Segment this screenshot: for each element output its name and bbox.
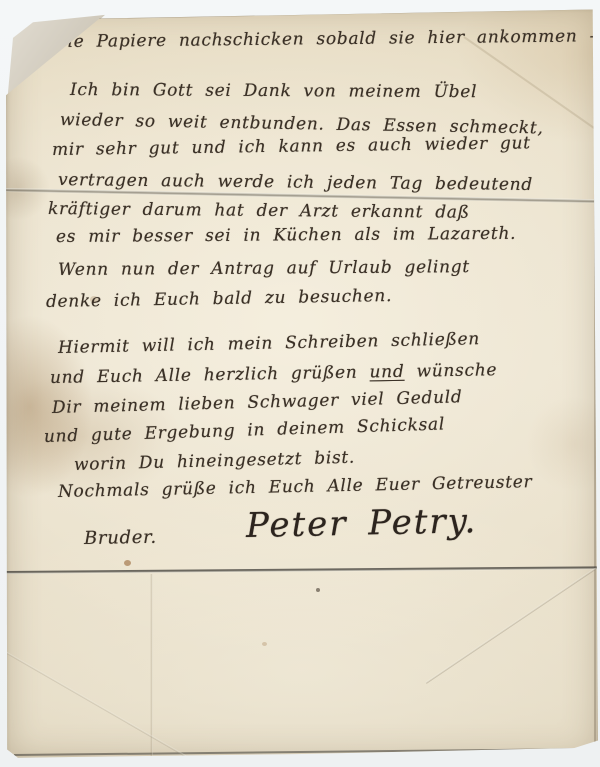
crease-top-right <box>463 36 595 129</box>
signature: Peter Petry. <box>246 501 478 546</box>
letter-line-p3-2-part: wünsche <box>404 360 497 382</box>
letter-line-p1-3: mir sehr gut und ich kann es auch wieder… <box>52 133 531 160</box>
letter-line-p3-2-part: und Euch Alle herzlich grüßen <box>50 362 370 388</box>
letter-line-p2-2: denke ich Euch bald zu besuchen. <box>46 286 392 312</box>
letter-line-p1-1: Ich bin Gott sei Dank von meinem Übel <box>70 80 477 102</box>
age-spot <box>124 560 131 566</box>
letter-line-p3-4: und gute Ergebung in deinem Schicksal <box>44 414 446 447</box>
age-spot <box>316 588 320 592</box>
scanned-letter: die Papiere nachschicken sobald sie hier… <box>0 0 600 767</box>
letter-line-p3-5: worin Du hineingesetzt bist. <box>74 448 356 475</box>
letter-line-p1-5: kräftiger darum hat der Arzt erkannt daß <box>48 199 470 223</box>
letter-line-p3-2: und Euch Alle herzlich grüßen und wünsch… <box>50 360 497 388</box>
letter-line-p3-2-underlined: und <box>369 362 404 383</box>
letter-line-intro: die Papiere nachschicken sobald sie hier… <box>56 26 600 52</box>
letter-line-p3-1: Hiermit will ich mein Schreiben schließe… <box>58 329 480 358</box>
paper-top-edge <box>98 7 596 18</box>
crease-bottom-left <box>0 648 204 767</box>
age-spot <box>262 642 267 646</box>
paper-right-edge <box>594 12 596 754</box>
fold-crease-lower <box>6 566 598 574</box>
letter-line-p1-6: es mir besser sei in Küchen als im Lazar… <box>56 224 516 247</box>
crease-bottom-right <box>425 568 596 684</box>
letter-line-p2-1: Wenn nun der Antrag auf Urlaub gelingt <box>58 257 470 280</box>
age-spot <box>572 750 577 755</box>
fold-crease-vertical <box>150 574 153 756</box>
letter-line-p3-3: Dir meinem lieben Schwager viel Geduld <box>52 387 463 418</box>
letter-line-closing: Nochmals grüße ich Euch Alle Euer Getreu… <box>58 472 533 502</box>
letter-line-p1-4: vertragen auch werde ich jeden Tag bedeu… <box>58 170 533 195</box>
paper-bottom-edge <box>14 748 598 756</box>
letter-paper: die Papiere nachschicken sobald sie hier… <box>6 8 598 760</box>
letter-line-bruder: Bruder. <box>84 527 157 549</box>
